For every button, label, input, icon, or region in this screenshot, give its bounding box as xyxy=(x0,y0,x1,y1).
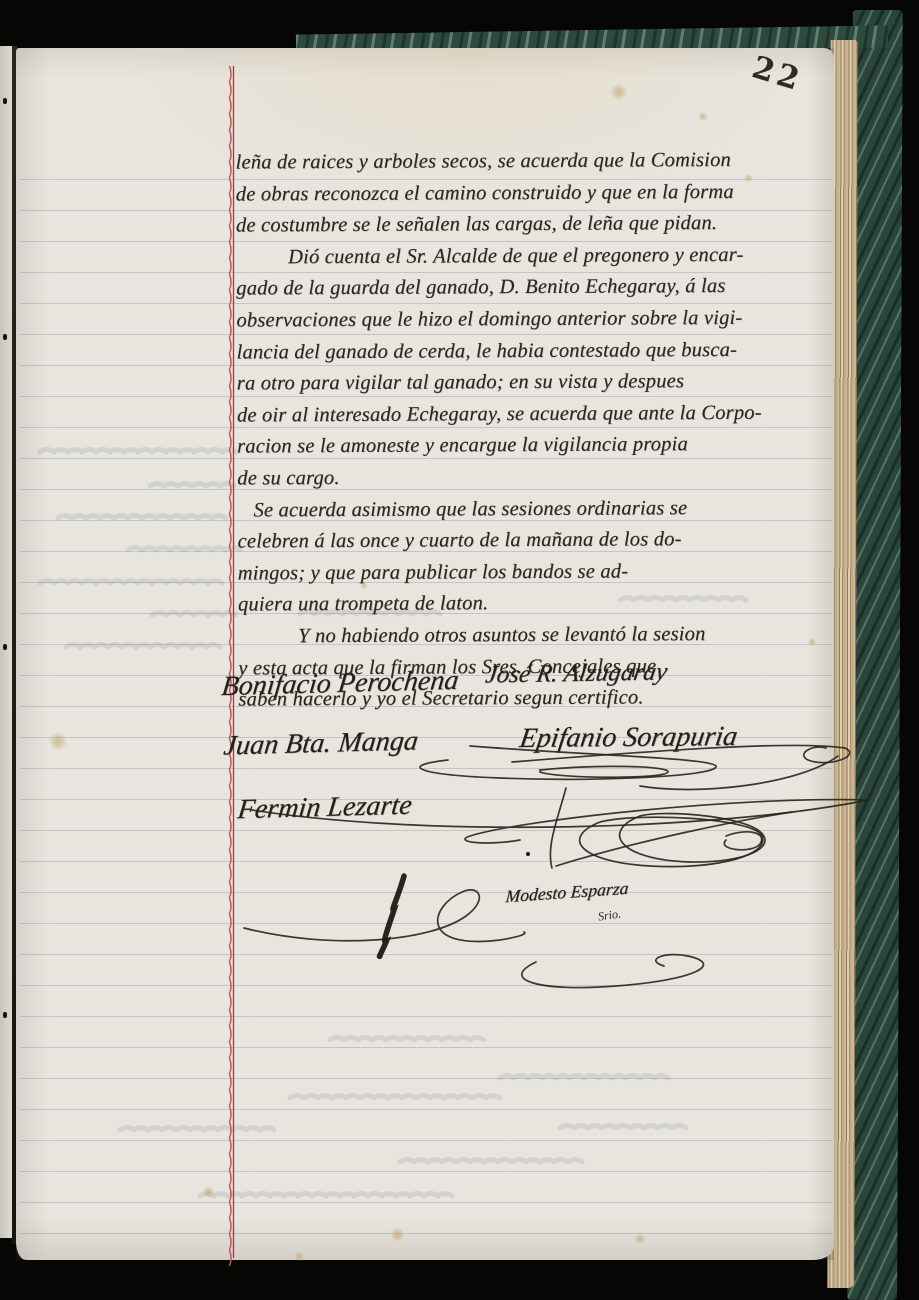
manuscript-line: lancia del ganado de cerda, le habia con… xyxy=(237,334,833,369)
signature-fermin-lezarte: Fermin Lezarte xyxy=(236,790,414,827)
signature-jose-r-alzugaray: José R. Alzugaray xyxy=(484,658,670,689)
binding-stitch xyxy=(3,644,7,650)
manuscript-line: gado de la guarda del ganado, D. Benito … xyxy=(236,271,832,306)
manuscript-line: Y no habiendo otros asuntos se levantó l… xyxy=(238,618,834,653)
binding-stitch xyxy=(3,334,7,340)
manuscript-line: leña de raices y arboles secos, se acuer… xyxy=(236,144,832,179)
manuscript-line: Se acuerda asimismo que las sesiones ord… xyxy=(237,492,833,527)
manuscript-line: de obras reconozca el camino construido … xyxy=(236,176,832,211)
binding-stitch xyxy=(3,1012,7,1018)
manuscript-line: celebren á las once y cuarto de la mañan… xyxy=(238,524,834,559)
secretary-title-abbreviation: Srio. xyxy=(597,906,622,924)
manuscript-line: Dió cuenta el Sr. Alcalde de que el preg… xyxy=(236,239,832,274)
manuscript-line: ra otro para vigilar tal ganado; en su v… xyxy=(237,366,833,401)
manuscript-line: mingos; y que para publicar los bandos s… xyxy=(238,555,834,590)
signature-juan-bta-manga: Juan Bta. Manga xyxy=(222,725,420,762)
scanned-minutes-book-page: 22 leña de raices y arboles secos, se ac… xyxy=(0,0,919,1300)
manuscript-line: quiera una trompeta de laton. xyxy=(238,587,834,622)
manuscript-line: de costumbre se le señalen las cargas, d… xyxy=(236,208,832,243)
manuscript-line: de su cargo. xyxy=(237,460,833,495)
manuscript-line: observaciones que le hizo el domingo ant… xyxy=(236,302,832,337)
signature-epifanio-sorapuria: Epifanio Sorapuria xyxy=(517,721,739,755)
manuscript-text: leña de raices y arboles secos, se acuer… xyxy=(236,144,835,716)
binding-stitch xyxy=(3,98,7,104)
manuscript-line: racion se le amoneste y encargue la vigi… xyxy=(237,429,833,464)
manuscript-line: de oir al interesado Echegaray, se acuer… xyxy=(237,397,833,432)
signature-bonifacio-perochena: Bonifacio Perochena xyxy=(220,665,461,703)
